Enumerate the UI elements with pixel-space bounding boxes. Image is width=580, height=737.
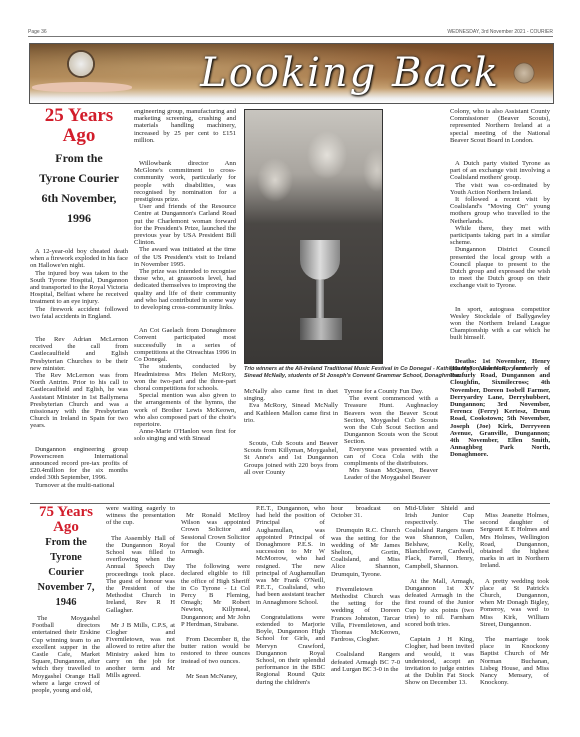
article-paragraph: Willowbank director Ann McGlone's commit… — [134, 160, 236, 203]
article-paragraph: The prize was intended to recognise thos… — [134, 268, 236, 311]
article-paragraph: A pretty wedding took place at St Patric… — [480, 578, 549, 628]
article-paragraph: Mr Sean McNaney, — [181, 673, 250, 680]
article-paragraph: McNally also came first in duet singing. — [244, 388, 338, 402]
bottom-column-4: P.E.T., Dungannon, who had held the posi… — [256, 505, 325, 686]
section-divider — [30, 503, 550, 504]
article-paragraph: The visit was co-ordinated by Youth Acti… — [450, 182, 550, 196]
bottom-column-6: Mid-Ulster Shield and Irish Junior Cup r… — [405, 505, 474, 687]
article-paragraph: Colony, who is also Assistant County Com… — [450, 108, 550, 144]
article-paragraph: The Rev Adrian McLernon received the cal… — [30, 336, 128, 372]
article-paragraph: Dungannon District Council presented the… — [450, 246, 550, 289]
page-number: Page 36 — [28, 29, 47, 35]
article-paragraph: Mid-Ulster Shield and Irish Junior Cup r… — [405, 505, 474, 570]
deaths-notice: Deaths: 1st November, Henry (Harry) Ande… — [450, 358, 550, 459]
article-paragraph: Tyrone for a County Fun Day. — [344, 388, 438, 395]
bottom-column-7: Miss Jeanette Holmes, second daughter of… — [480, 512, 549, 686]
banner-title: Looking Back — [170, 44, 530, 102]
top-column-5: Colony, who is also Assistant County Com… — [450, 108, 550, 459]
top-column-2: engineering group, manufacturing and mar… — [134, 108, 236, 443]
article-paragraph: were waiting eagerly to witness the pres… — [106, 505, 175, 527]
article-paragraph: Miss Jeanette Holmes, second daughter of… — [480, 512, 549, 570]
article-paragraph: A Dutch party visited Tyrone as part of … — [450, 160, 550, 182]
article-paragraph: Anne-Marie O'Hanlon won first for solo s… — [134, 428, 236, 442]
trophy-cup — [300, 240, 340, 280]
article-paragraph: The award was initiated at the time of t… — [134, 246, 236, 268]
trophy-base — [300, 318, 342, 340]
clock-icon — [67, 50, 95, 78]
page-header: Page 36 WEDNESDAY, 3rd November 2021 - C… — [28, 29, 553, 37]
article-paragraph: Everyone was presented with a can of Coc… — [344, 446, 438, 468]
article-paragraph: Fivemiletown Methodist Church was the se… — [331, 586, 400, 644]
article-paragraph: The injured boy was taken to the South T… — [30, 270, 128, 306]
section-heading-date: 6th November, 1996 — [30, 188, 128, 228]
bottom-column-1: 75 Years Ago From the Tyrone Courier Nov… — [32, 505, 100, 694]
article-paragraph: The following were declared eligible to … — [181, 563, 250, 628]
article-paragraph: engineering group, manufacturing and mar… — [134, 108, 236, 144]
article-paragraph: Scouts, Cub Scouts and Beaver Scouts fro… — [244, 440, 338, 476]
article-paragraph: User and friends of the Resource Centre … — [134, 203, 236, 246]
trio-winners-photo — [244, 109, 383, 364]
article-paragraph: Drumquin R.C. Church was the setting for… — [331, 527, 400, 577]
article-paragraph: Congratulations were extended to Marjori… — [256, 614, 325, 686]
article-paragraph: The Assembly Hall of the Dungannon Royal… — [106, 535, 175, 614]
top-column-1: 25 Years Ago From the Tyrone Courier 6th… — [30, 106, 128, 489]
article-paragraph: The Moygashel Football directors enterta… — [32, 615, 100, 694]
article-paragraph: The Rev McLernon was from North Antrim. … — [30, 372, 128, 430]
article-paragraph: Turnover at the multi-national — [30, 482, 128, 489]
section-heading-paper: Tyrone Courier — [32, 550, 100, 580]
article-paragraph: Mr Ronald McIlroy Wilson was appointed C… — [181, 512, 250, 555]
bottom-column-5: hour broadcast on October 31. Drumquin R… — [331, 505, 400, 673]
article-paragraph: Special mention was also given to the ar… — [134, 392, 236, 428]
article-paragraph: An Cot Gaelach from Donaghmore Convent p… — [134, 327, 236, 363]
article-paragraph: Eva McRory, Sinead McNally and Kathleen … — [244, 402, 338, 424]
top-column-3: McNally also came first in duet singing.… — [244, 388, 338, 476]
article-paragraph: Dungannon engineering group Powerscreen … — [30, 446, 128, 482]
article-paragraph: The students, conducted by Headmistress … — [134, 363, 236, 392]
article-paragraph: The event commenced with a Treasure Hunt… — [344, 395, 438, 445]
article-paragraph: In sport, autograss competitor Wesley St… — [450, 306, 550, 342]
bottom-column-2: were waiting eagerly to witness the pres… — [106, 505, 175, 679]
article-paragraph: Coalisland Rangers defeated Armagh BC 7-… — [331, 651, 400, 673]
article-paragraph: hour broadcast on October 31. — [331, 505, 400, 519]
section-heading-date: November 7, 1946 — [32, 580, 100, 610]
article-paragraph: A 12-year-old boy cheated death when a f… — [30, 248, 128, 270]
article-paragraph: It followed a recent visit by Coalisland… — [450, 196, 550, 225]
section-heading-from: From the — [30, 148, 128, 168]
article-paragraph: Mr J B Mills, C.P.S, at Clogher and Five… — [106, 622, 175, 680]
article-paragraph: While there, they met with participants … — [450, 225, 550, 247]
article-paragraph: From December 8, the butter ration would… — [181, 636, 250, 665]
article-paragraph: P.E.T., Dungannon, who had held the posi… — [256, 505, 325, 606]
top-column-4: Tyrone for a County Fun Day. The event c… — [344, 388, 438, 482]
looking-back-banner: Looking Back — [29, 43, 554, 104]
section-heading-paper: Tyrone Courier — [30, 168, 128, 188]
article-paragraph: The firework accident followed two fatal… — [30, 306, 128, 320]
article-paragraph: At the Mall, Armagh, Dungannon 1st XV de… — [405, 578, 474, 628]
trophy-stem — [316, 280, 324, 320]
section-heading-years: 25 Years Ago — [30, 106, 128, 146]
hand-image — [32, 82, 132, 92]
article-paragraph: The marriage took place in Knockony Bapt… — [480, 636, 549, 686]
dateline: WEDNESDAY, 3rd November 2021 - COURIER — [447, 29, 553, 35]
section-heading-years: 75 Years Ago — [32, 505, 100, 535]
section-heading-from: From the — [32, 535, 100, 550]
article-paragraph: Captain J H King, Clogher, had been invi… — [405, 636, 474, 686]
article-paragraph: Mrs Susan McQueen, Beaver Leader of the … — [344, 467, 438, 481]
bottom-column-3: Mr Ronald McIlroy Wilson was appointed C… — [181, 512, 250, 680]
